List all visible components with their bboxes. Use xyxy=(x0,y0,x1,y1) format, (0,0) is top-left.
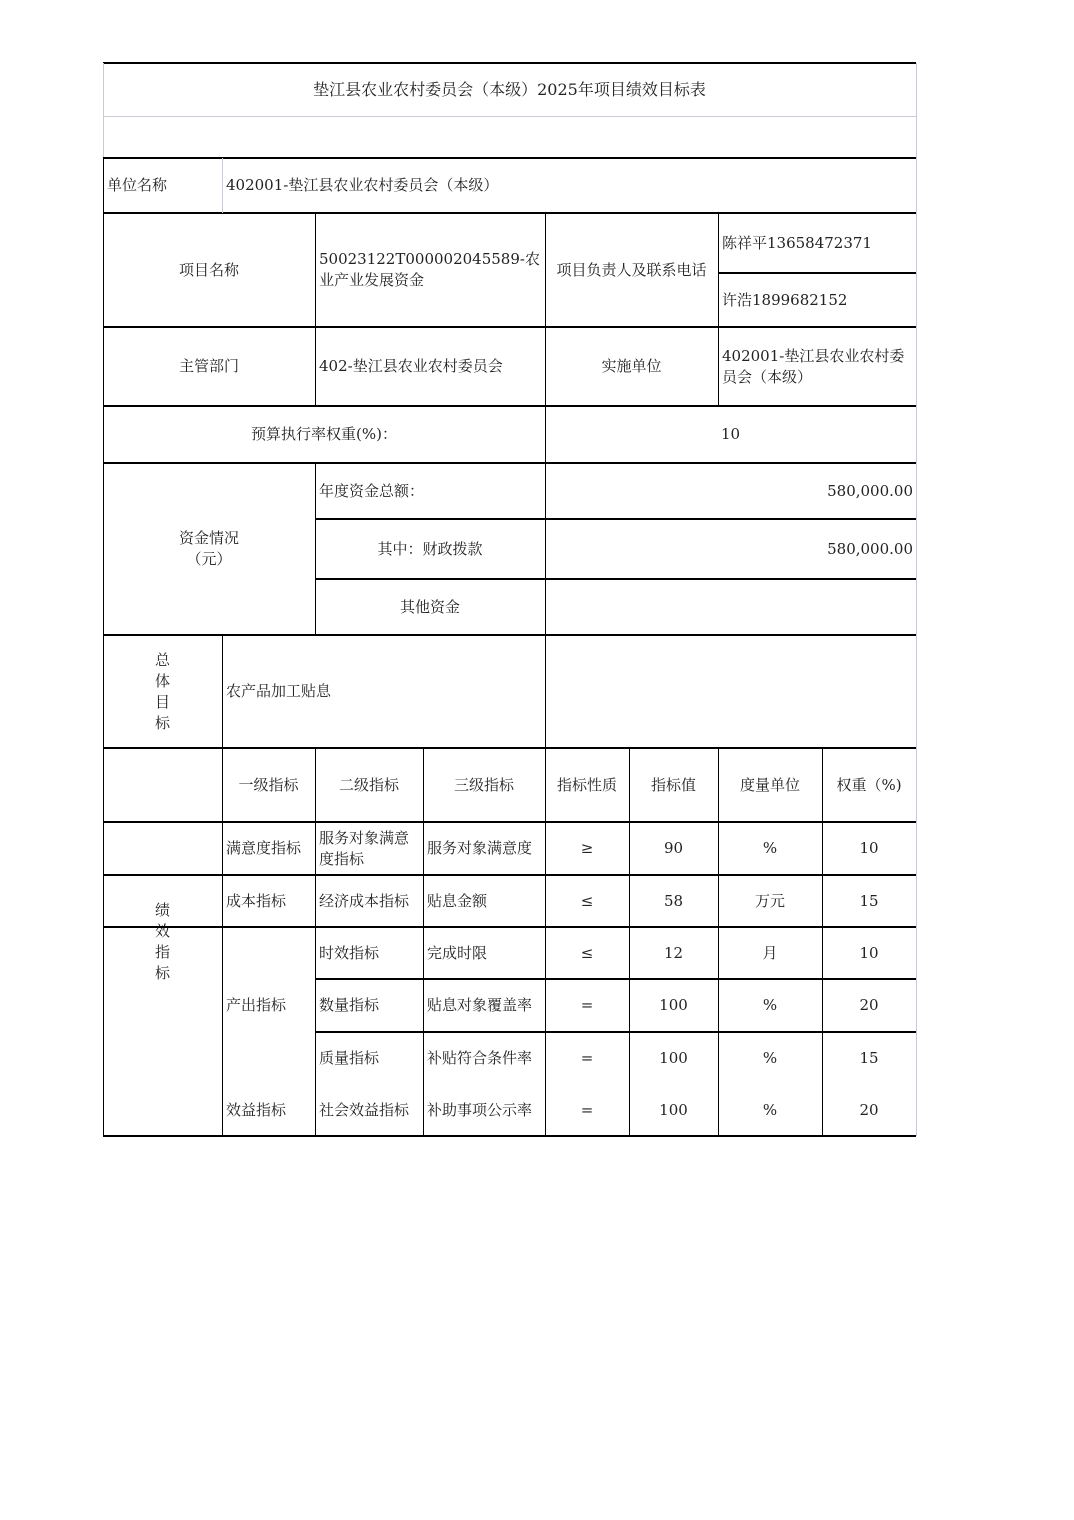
indicator-weight: 10 xyxy=(822,822,916,875)
level1-indicator-text: 成本指标 xyxy=(226,891,286,912)
contact-label: 项目负责人及联系电话 xyxy=(545,213,718,327)
indicators-label-char: 指 xyxy=(155,942,170,963)
overall-goal-label-char: 体 xyxy=(155,671,170,692)
indicator-value: 100 xyxy=(629,1084,718,1136)
department-value: 402-垫江县农业农村委员会 xyxy=(315,327,545,406)
grid-line xyxy=(103,157,916,159)
grid-line xyxy=(822,748,823,1136)
indicator-unit-text: 万元 xyxy=(755,891,785,912)
indicator-weight-text: 20 xyxy=(859,995,878,1016)
grid-line xyxy=(103,158,104,1136)
level1-indicator: 效益指标 xyxy=(222,1084,315,1136)
indicator-weight-text: 20 xyxy=(859,1100,878,1121)
project-name-label-text: 项目名称 xyxy=(179,260,239,281)
indicator-weight: 20 xyxy=(822,979,916,1032)
overall-goal-label-char: 目 xyxy=(155,692,170,713)
overall-goal-label: 总体目标 xyxy=(103,635,222,748)
indicator-header: 指标值 xyxy=(629,748,718,822)
indicator-header-text: 度量单位 xyxy=(740,775,800,796)
impl-unit-label-text: 实施单位 xyxy=(601,356,661,377)
grid-line xyxy=(103,747,916,749)
indicator-header: 权重（%) xyxy=(822,748,916,822)
funds-label: 资金情况（元） xyxy=(103,463,315,635)
indicator-value: 90 xyxy=(629,822,718,875)
level3-indicator-text: 服务对象满意度 xyxy=(427,838,532,859)
level3-indicator: 贴息金额 xyxy=(423,875,545,927)
overall-goal-value-text: 农产品加工贴息 xyxy=(226,681,331,702)
indicator-weight-text: 10 xyxy=(859,943,878,964)
contact-1: 陈祥平13658472371 xyxy=(718,213,916,273)
budget-weight-label-text: 预算执行率权重(%)： xyxy=(251,424,397,445)
indicator-value: 12 xyxy=(629,927,718,979)
indicator-nature-text: = xyxy=(581,995,594,1016)
indicator-value-text: 100 xyxy=(659,1048,688,1069)
grid-line xyxy=(718,748,719,1136)
level2-indicator-text: 社会效益指标 xyxy=(319,1100,409,1121)
grid-line xyxy=(545,213,546,748)
indicator-nature: = xyxy=(545,979,629,1032)
indicator-unit: % xyxy=(718,979,822,1032)
other-funds-label: 其他资金 xyxy=(315,579,545,635)
grid-line xyxy=(629,748,630,1136)
indicator-weight: 15 xyxy=(822,1032,916,1084)
indicator-unit-text: % xyxy=(763,838,777,859)
indicator-unit-text: 月 xyxy=(762,943,777,964)
level1-indicator: 产出指标 xyxy=(222,927,315,1084)
indicators-label-char: 效 xyxy=(155,921,170,942)
indicator-weight-text: 15 xyxy=(859,891,878,912)
page-title-text: 垫江县农业农村委员会（本级）2025年项目绩效目标表 xyxy=(313,79,706,100)
level1-indicator-text: 产出指标 xyxy=(226,995,286,1016)
indicator-unit: 月 xyxy=(718,927,822,979)
indicator-header-text: 二级指标 xyxy=(339,775,399,796)
grid-line xyxy=(423,748,424,1136)
grid-line xyxy=(315,213,316,406)
budget-weight-label: 预算执行率权重(%)： xyxy=(103,406,545,463)
grid-line xyxy=(315,748,316,1136)
grid-line xyxy=(103,212,916,214)
overall-goal-label-char: 总 xyxy=(155,650,170,671)
grid-line xyxy=(545,748,546,1136)
indicator-header-text: 指标性质 xyxy=(557,775,617,796)
indicator-unit-text: % xyxy=(763,1048,777,1069)
indicator-nature: ≤ xyxy=(545,875,629,927)
level3-indicator-text: 贴息金额 xyxy=(427,891,487,912)
indicator-header-text: 权重（%) xyxy=(836,775,901,796)
grid-line xyxy=(718,272,916,274)
fiscal-funds-value: 580,000.00 xyxy=(545,519,916,579)
grid-line xyxy=(315,578,916,580)
grid-line xyxy=(103,634,916,636)
overall-goal-label-char: 标 xyxy=(155,713,170,734)
grid-line xyxy=(222,158,223,213)
project-name-value: 50023122T000002045589-农业产业发展资金 xyxy=(315,213,545,327)
contact-1-text: 陈祥平13658472371 xyxy=(722,233,872,254)
other-funds-value xyxy=(545,579,916,635)
unit-label-text: 单位名称 xyxy=(107,175,167,196)
impl-unit-label: 实施单位 xyxy=(545,327,718,406)
indicator-weight-text: 15 xyxy=(859,1048,878,1069)
indicator-header: 指标性质 xyxy=(545,748,629,822)
department-label: 主管部门 xyxy=(103,327,315,406)
indicators-label-char: 绩 xyxy=(155,900,170,921)
level1-indicator-text: 满意度指标 xyxy=(226,838,301,859)
indicator-nature-text: = xyxy=(581,1048,594,1069)
contact-2: 许浩1899682152 xyxy=(718,273,916,327)
indicator-nature-text: ≤ xyxy=(581,943,594,964)
indicator-nature: = xyxy=(545,1032,629,1084)
annual-funds-label: 年度资金总额： xyxy=(315,463,545,519)
grid-line xyxy=(103,116,916,117)
level3-indicator: 服务对象满意度 xyxy=(423,822,545,875)
level2-indicator-text: 数量指标 xyxy=(319,995,379,1016)
level2-indicator: 服务对象满意度指标 xyxy=(315,822,423,875)
grid-line xyxy=(103,462,916,464)
indicator-header: 二级指标 xyxy=(315,748,423,822)
indicator-unit: % xyxy=(718,1032,822,1084)
level2-indicator-text: 服务对象满意度指标 xyxy=(319,828,423,870)
indicator-weight: 20 xyxy=(822,1084,916,1136)
indicator-nature-text: ≤ xyxy=(581,891,594,912)
indicator-value-text: 100 xyxy=(659,995,688,1016)
indicator-nature: ≥ xyxy=(545,822,629,875)
indicator-weight: 15 xyxy=(822,875,916,927)
funds-label-text: （元） xyxy=(186,549,231,570)
budget-weight-value: 10 xyxy=(545,406,916,463)
indicator-weight: 10 xyxy=(822,927,916,979)
grid-line xyxy=(718,213,719,406)
grid-line xyxy=(315,463,316,635)
grid-line xyxy=(222,635,223,1136)
indicator-nature: ≤ xyxy=(545,927,629,979)
fiscal-funds-label-text: 其中：财政拨款 xyxy=(377,539,482,560)
department-value-text: 402-垫江县农业农村委员会 xyxy=(319,356,503,377)
grid-line xyxy=(103,1135,916,1137)
indicator-header: 三级指标 xyxy=(423,748,545,822)
impl-unit-value-text: 402001-垫江县农业农村委员会（本级） xyxy=(722,346,916,388)
other-funds-label-text: 其他资金 xyxy=(400,597,460,618)
indicator-unit: % xyxy=(718,1084,822,1136)
unit-value-text: 402001-垫江县农业农村委员会（本级） xyxy=(226,175,498,196)
grid-line xyxy=(103,405,916,407)
level2-indicator: 时效指标 xyxy=(315,927,423,979)
level3-indicator-text: 贴息对象覆盖率 xyxy=(427,995,532,1016)
indicators-label: 绩效指标 xyxy=(103,748,222,1136)
level1-indicator-text: 效益指标 xyxy=(226,1100,286,1121)
indicator-unit: % xyxy=(718,822,822,875)
level3-indicator: 完成时限 xyxy=(423,927,545,979)
level3-indicator-text: 补贴符合条件率 xyxy=(427,1048,532,1069)
annual-funds-value-text: 580,000.00 xyxy=(827,481,913,502)
grid-line xyxy=(103,63,104,158)
impl-unit-value: 402001-垫江县农业农村委员会（本级） xyxy=(718,327,916,406)
grid-line xyxy=(103,874,916,876)
indicator-header: 度量单位 xyxy=(718,748,822,822)
indicator-nature-text: = xyxy=(581,1100,594,1121)
level2-indicator: 社会效益指标 xyxy=(315,1084,423,1136)
page-title: 垫江县农业农村委员会（本级）2025年项目绩效目标表 xyxy=(103,63,916,116)
level2-indicator-text: 质量指标 xyxy=(319,1048,379,1069)
indicator-unit-text: % xyxy=(763,995,777,1016)
level2-indicator-text: 经济成本指标 xyxy=(319,891,409,912)
indicator-weight-text: 10 xyxy=(859,838,878,859)
level3-indicator: 补贴符合条件率 xyxy=(423,1032,545,1084)
indicator-value: 100 xyxy=(629,979,718,1032)
indicator-header-text: 一级指标 xyxy=(238,775,298,796)
level1-indicator: 成本指标 xyxy=(222,875,315,927)
grid-line xyxy=(103,326,916,328)
level2-indicator-text: 时效指标 xyxy=(319,943,379,964)
level2-indicator: 数量指标 xyxy=(315,979,423,1032)
overall-goal-value: 农产品加工贴息 xyxy=(222,635,916,748)
funds-label-text: 资金情况 xyxy=(179,528,239,549)
fiscal-funds-value-text: 580,000.00 xyxy=(827,539,913,560)
level3-indicator-text: 完成时限 xyxy=(427,943,487,964)
indicator-value-text: 12 xyxy=(664,943,683,964)
project-name-value-text: 50023122T000002045589-农业产业发展资金 xyxy=(319,249,545,291)
indicator-unit-text: % xyxy=(763,1100,777,1121)
indicator-value: 100 xyxy=(629,1032,718,1084)
fiscal-funds-label: 其中：财政拨款 xyxy=(315,519,545,579)
annual-funds-label-text: 年度资金总额： xyxy=(319,481,424,502)
indicator-value: 58 xyxy=(629,875,718,927)
grid-line xyxy=(315,978,916,980)
indicator-nature-text: ≥ xyxy=(581,838,594,859)
indicator-header: 一级指标 xyxy=(222,748,315,822)
grid-line xyxy=(103,926,916,928)
annual-funds-value: 580,000.00 xyxy=(545,463,916,519)
indicators-label-char: 标 xyxy=(155,963,170,984)
budget-weight-value-text: 10 xyxy=(721,424,740,445)
project-name-label: 项目名称 xyxy=(103,213,315,327)
level3-indicator: 补助事项公示率 xyxy=(423,1084,545,1136)
contact-label-text: 项目负责人及联系电话 xyxy=(556,260,706,281)
level3-indicator: 贴息对象覆盖率 xyxy=(423,979,545,1032)
indicator-nature: = xyxy=(545,1084,629,1136)
level3-indicator-text: 补助事项公示率 xyxy=(427,1100,532,1121)
department-label-text: 主管部门 xyxy=(179,356,239,377)
grid-line xyxy=(315,518,916,520)
indicator-unit: 万元 xyxy=(718,875,822,927)
contact-2-text: 许浩1899682152 xyxy=(722,290,847,311)
indicator-header-text: 三级指标 xyxy=(454,775,514,796)
indicator-value-text: 100 xyxy=(659,1100,688,1121)
grid-line xyxy=(916,63,917,1136)
unit-label: 单位名称 xyxy=(103,158,222,213)
level2-indicator: 经济成本指标 xyxy=(315,875,423,927)
grid-line xyxy=(103,62,916,64)
grid-line xyxy=(103,821,916,823)
unit-value: 402001-垫江县农业农村委员会（本级） xyxy=(222,158,916,213)
level1-indicator: 满意度指标 xyxy=(222,822,315,875)
level2-indicator: 质量指标 xyxy=(315,1032,423,1084)
grid-line xyxy=(315,1031,916,1033)
indicator-header-text: 指标值 xyxy=(651,775,696,796)
blank-row xyxy=(103,116,916,158)
indicator-value-text: 90 xyxy=(664,838,683,859)
indicator-value-text: 58 xyxy=(664,891,683,912)
